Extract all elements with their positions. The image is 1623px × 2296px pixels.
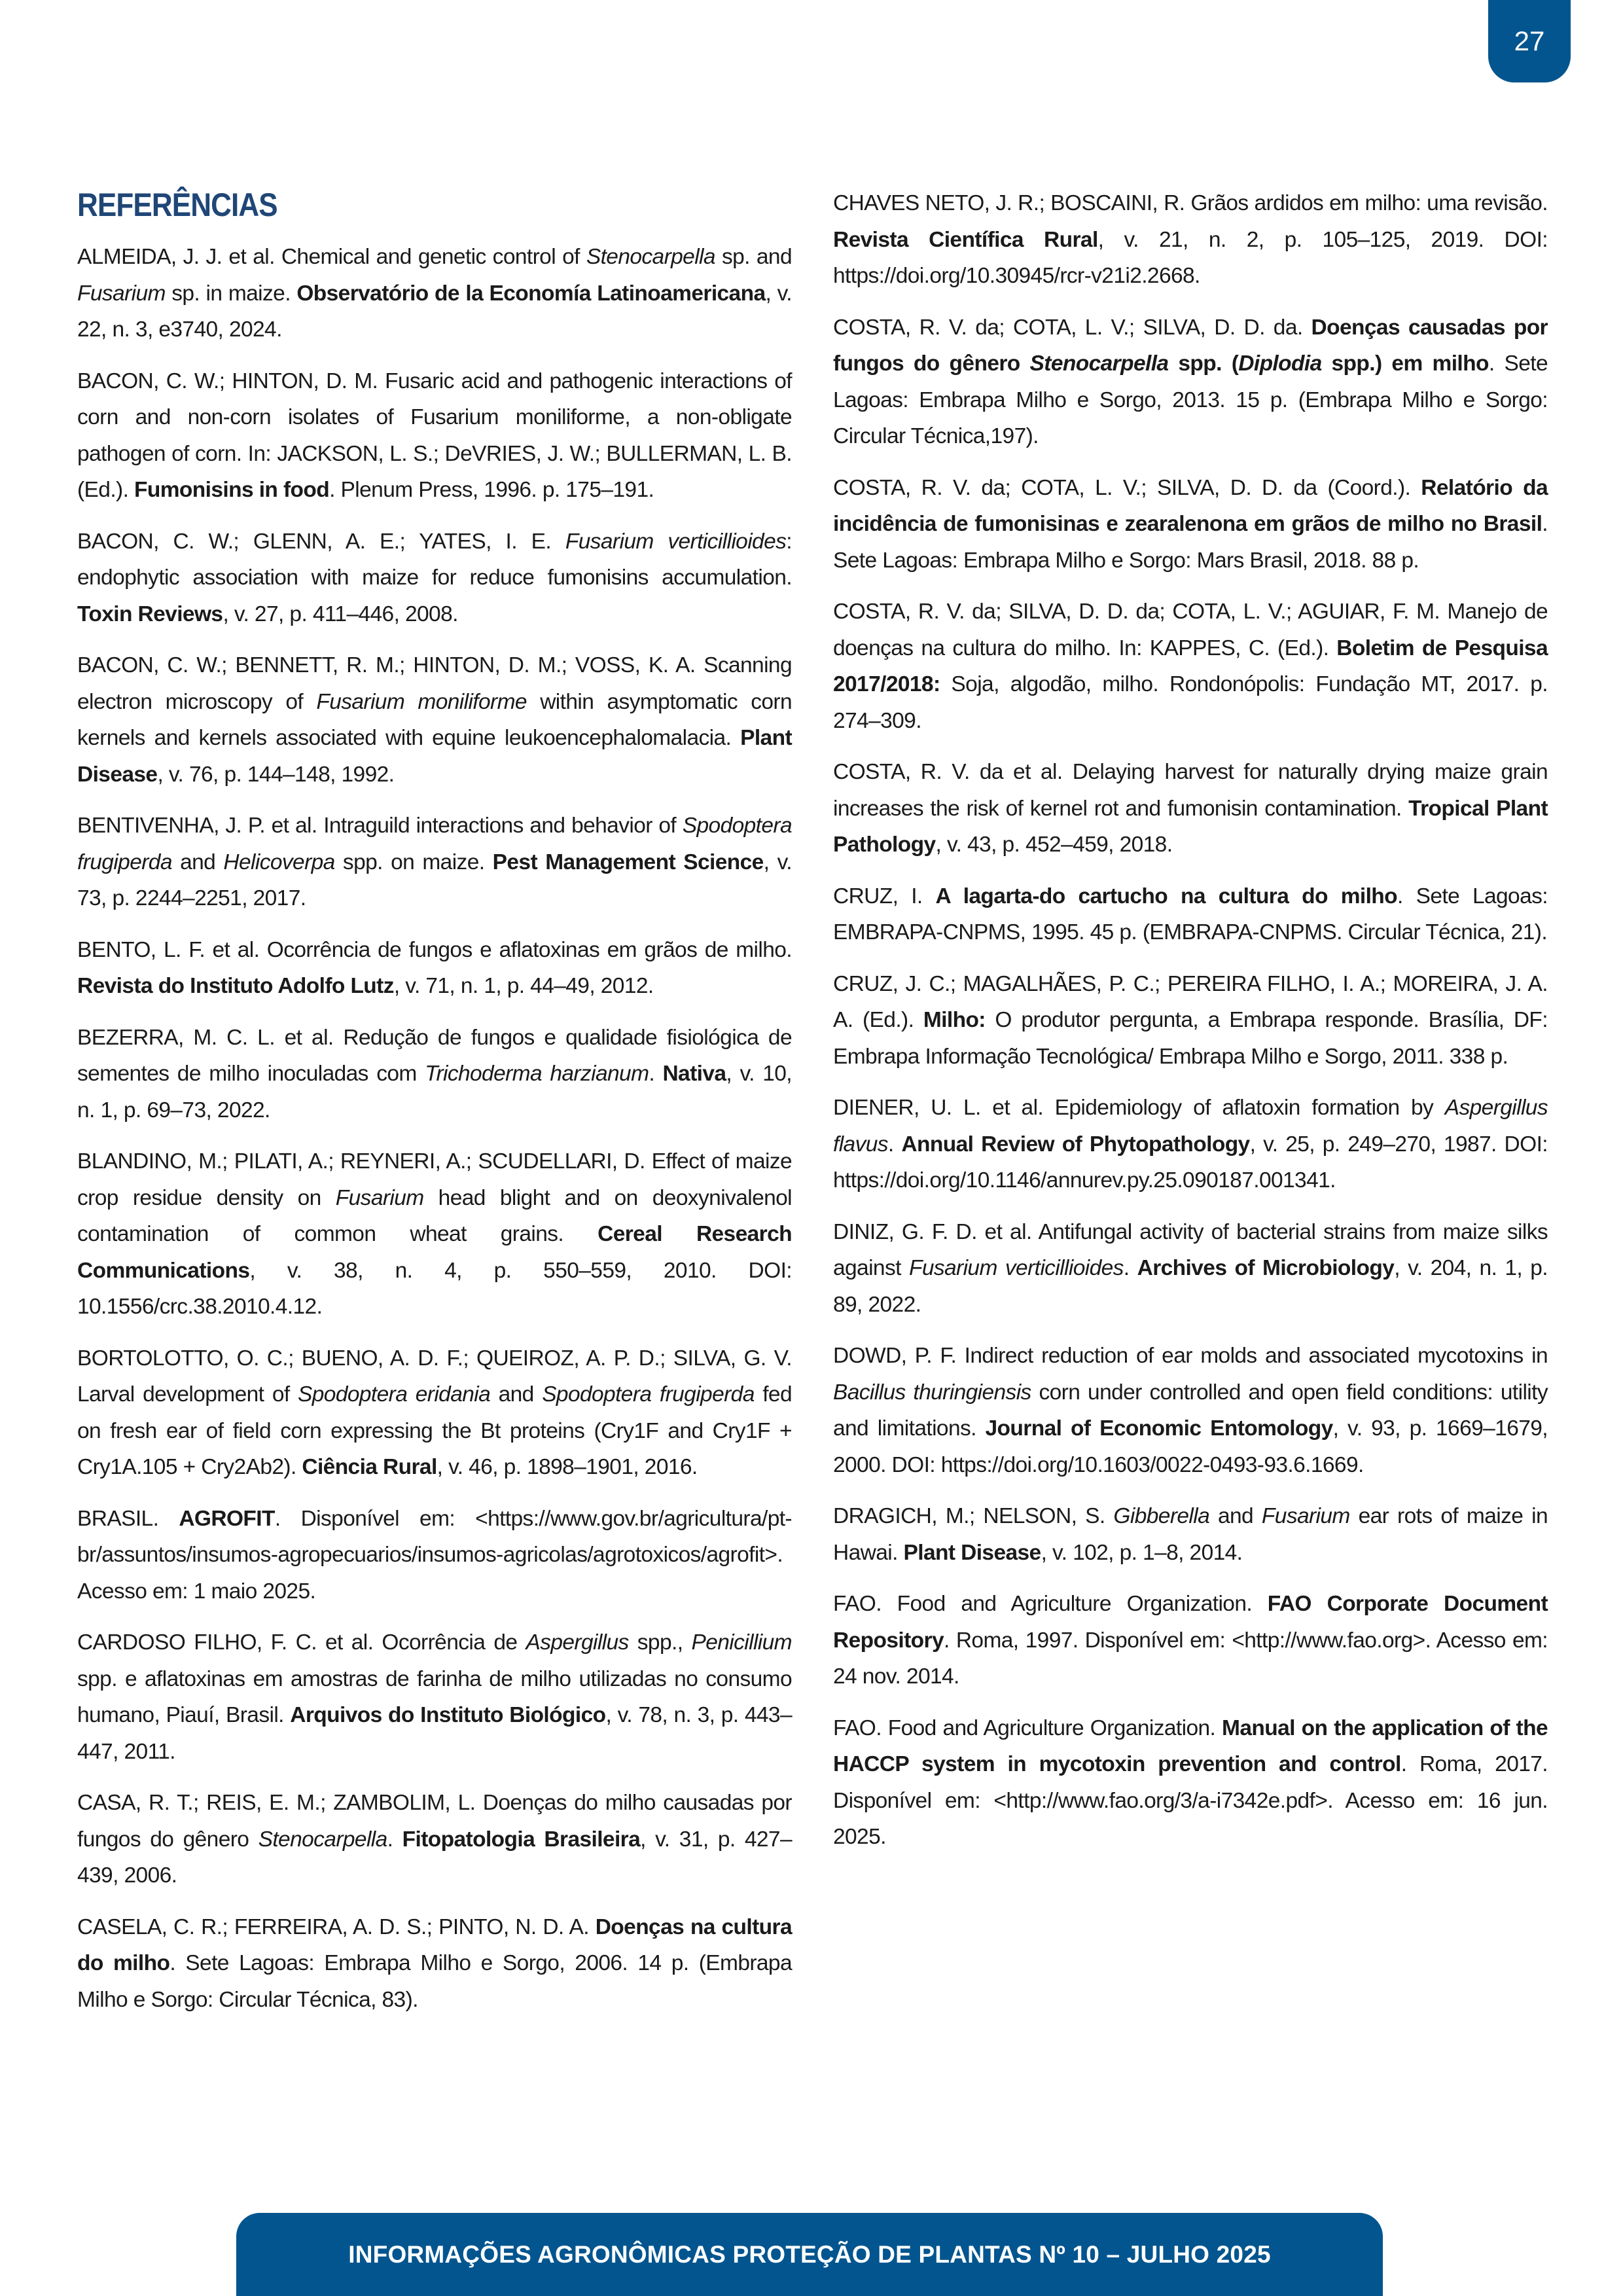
reference-entry: BACON, C. W.; HINTON, D. M. Fusaric acid…: [77, 363, 792, 509]
reference-entry: BORTOLOTTO, O. C.; BUENO, A. D. F.; QUEI…: [77, 1340, 792, 1486]
reference-entry: CARDOSO FILHO, F. C. et al. Ocorrência d…: [77, 1624, 792, 1770]
page-number-tab: 27: [1488, 0, 1571, 82]
references-columns: REFERÊNCIAS ALMEIDA, J. J. et al. Chemic…: [77, 185, 1548, 2175]
reference-entry: CHAVES NETO, J. R.; BOSCAINI, R. Grãos a…: [833, 185, 1548, 295]
reference-entry: BACON, C. W.; GLENN, A. E.; YATES, I. E.…: [77, 524, 792, 633]
section-title: REFERÊNCIAS: [77, 185, 706, 224]
reference-entry: BRASIL. AGROFIT. Disponível em: <https:/…: [77, 1501, 792, 1610]
reference-entry: DINIZ, G. F. D. et al. Antifungal activi…: [833, 1214, 1548, 1323]
footer-text: INFORMAÇÕES AGRONÔMICAS PROTEÇÃO DE PLAN…: [348, 2241, 1271, 2269]
reference-entry: ALMEIDA, J. J. et al. Chemical and genet…: [77, 239, 792, 348]
reference-entry: COSTA, R. V. da; SILVA, D. D. da; COTA, …: [833, 594, 1548, 739]
reference-entry: CRUZ, J. C.; MAGALHÃES, P. C.; PEREIRA F…: [833, 966, 1548, 1075]
reference-entry: BEZERRA, M. C. L. et al. Redução de fung…: [77, 1020, 792, 1129]
reference-entry: FAO. Food and Agriculture Organization. …: [833, 1586, 1548, 1695]
right-column: CHAVES NETO, J. R.; BOSCAINI, R. Grãos a…: [833, 185, 1548, 2175]
reference-entry: CRUZ, I. A lagarta-do cartucho na cultur…: [833, 878, 1548, 951]
left-column: REFERÊNCIAS ALMEIDA, J. J. et al. Chemic…: [77, 185, 792, 2175]
reference-entry: COSTA, R. V. da; COTA, L. V.; SILVA, D. …: [833, 310, 1548, 455]
reference-entry: COSTA, R. V. da; COTA, L. V.; SILVA, D. …: [833, 470, 1548, 579]
reference-entry: BENTO, L. F. et al. Ocorrência de fungos…: [77, 932, 792, 1005]
reference-entry: DIENER, U. L. et al. Epidemiology of afl…: [833, 1090, 1548, 1199]
reference-entry: BACON, C. W.; BENNETT, R. M.; HINTON, D.…: [77, 647, 792, 793]
reference-entry: DRAGICH, M.; NELSON, S. Gibberella and F…: [833, 1498, 1548, 1571]
reference-entry: DOWD, P. F. Indirect reduction of ear mo…: [833, 1338, 1548, 1483]
reference-entry: CASA, R. T.; REIS, E. M.; ZAMBOLIM, L. D…: [77, 1785, 792, 1894]
reference-entry: COSTA, R. V. da et al. Delaying harvest …: [833, 754, 1548, 863]
reference-list-left: ALMEIDA, J. J. et al. Chemical and genet…: [77, 239, 792, 2018]
page-number: 27: [1514, 26, 1545, 57]
footer-banner: INFORMAÇÕES AGRONÔMICAS PROTEÇÃO DE PLAN…: [236, 2213, 1383, 2296]
reference-entry: BENTIVENHA, J. P. et al. Intraguild inte…: [77, 808, 792, 917]
reference-entry: BLANDINO, M.; PILATI, A.; REYNERI, A.; S…: [77, 1143, 792, 1325]
reference-entry: CASELA, C. R.; FERREIRA, A. D. S.; PINTO…: [77, 1909, 792, 2018]
reference-entry: FAO. Food and Agriculture Organization. …: [833, 1710, 1548, 1856]
reference-list-right: CHAVES NETO, J. R.; BOSCAINI, R. Grãos a…: [833, 185, 1548, 1856]
